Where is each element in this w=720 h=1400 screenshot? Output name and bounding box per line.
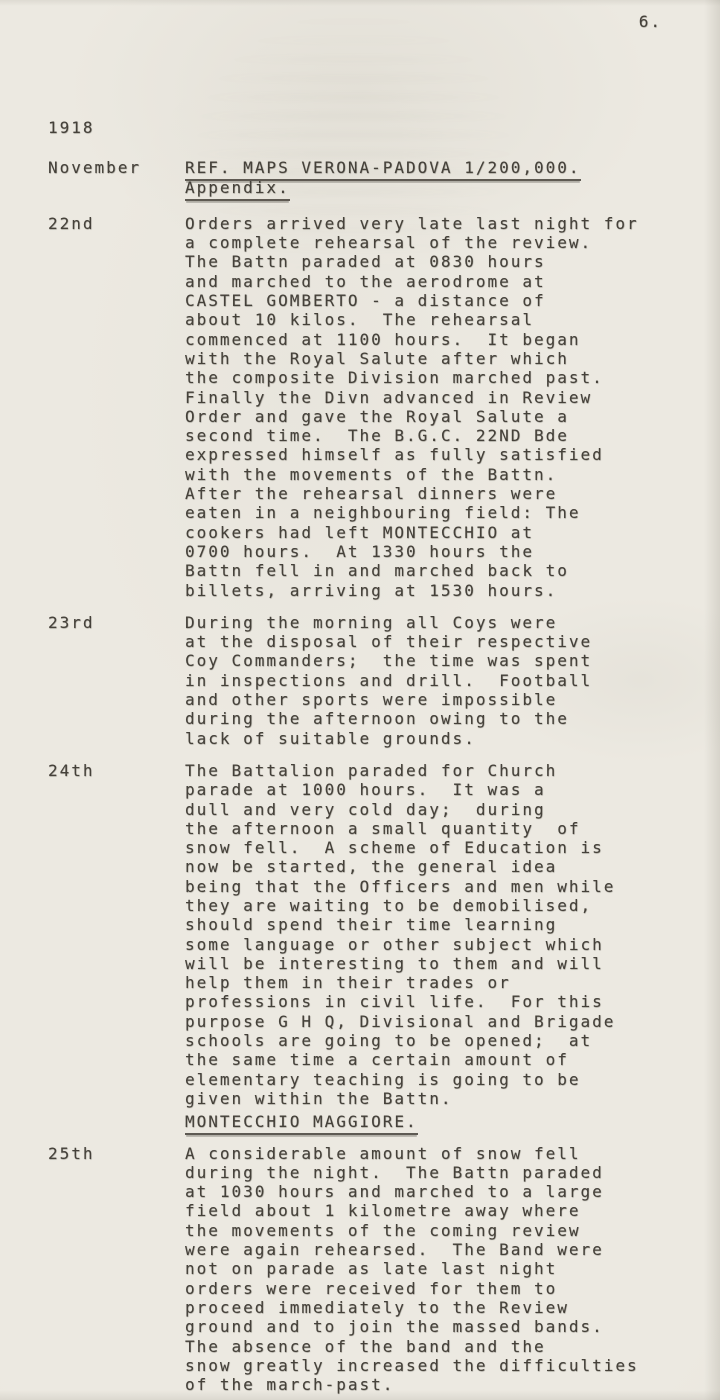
entry-date: 24th	[48, 761, 185, 780]
entry-text: During the morning all Coys were at the …	[185, 613, 675, 748]
diary-entry-22nd: 22nd Orders arrived very late last night…	[48, 214, 694, 600]
entry-text: The Battalion paraded for Church parade …	[185, 761, 675, 1108]
entry-text: A considerable amount of snow fell durin…	[185, 1144, 675, 1395]
diary-entry-24th: 24th The Battalion paraded for Church pa…	[48, 761, 694, 1108]
diary-entry-23rd: 23rd During the morning all Coys were at…	[48, 613, 694, 748]
reference-heading: REF. MAPS VERONA-PADOVA 1/200,000.Append…	[185, 158, 675, 197]
section-heading-row: MONTECCHIO MAGGIORE.	[48, 1112, 694, 1131]
diary-entry-25th: 25th A considerable amount of snow fell …	[48, 1144, 694, 1395]
section-heading-cell: MONTECCHIO MAGGIORE.	[185, 1112, 675, 1131]
diary-page: 6. 1918 November REF. MAPS VERONA-PADOVA…	[0, 0, 720, 1400]
entry-text: Orders arrived very late last night for …	[185, 214, 675, 600]
entry-date: 25th	[48, 1144, 185, 1163]
year-row: 1918	[48, 118, 694, 137]
reference-heading-row: November REF. MAPS VERONA-PADOVA 1/200,0…	[48, 158, 694, 197]
section-heading: MONTECCHIO MAGGIORE.	[185, 1112, 418, 1135]
entry-date: 23rd	[48, 613, 185, 632]
page-number-row: 6.	[48, 12, 694, 34]
top-spacer	[48, 34, 694, 118]
page-number: 6.	[639, 12, 662, 31]
appendix-heading: Appendix.	[185, 178, 290, 201]
entry-date: 22nd	[48, 214, 185, 233]
month-label: November	[48, 158, 185, 177]
year-label: 1918	[48, 118, 95, 137]
